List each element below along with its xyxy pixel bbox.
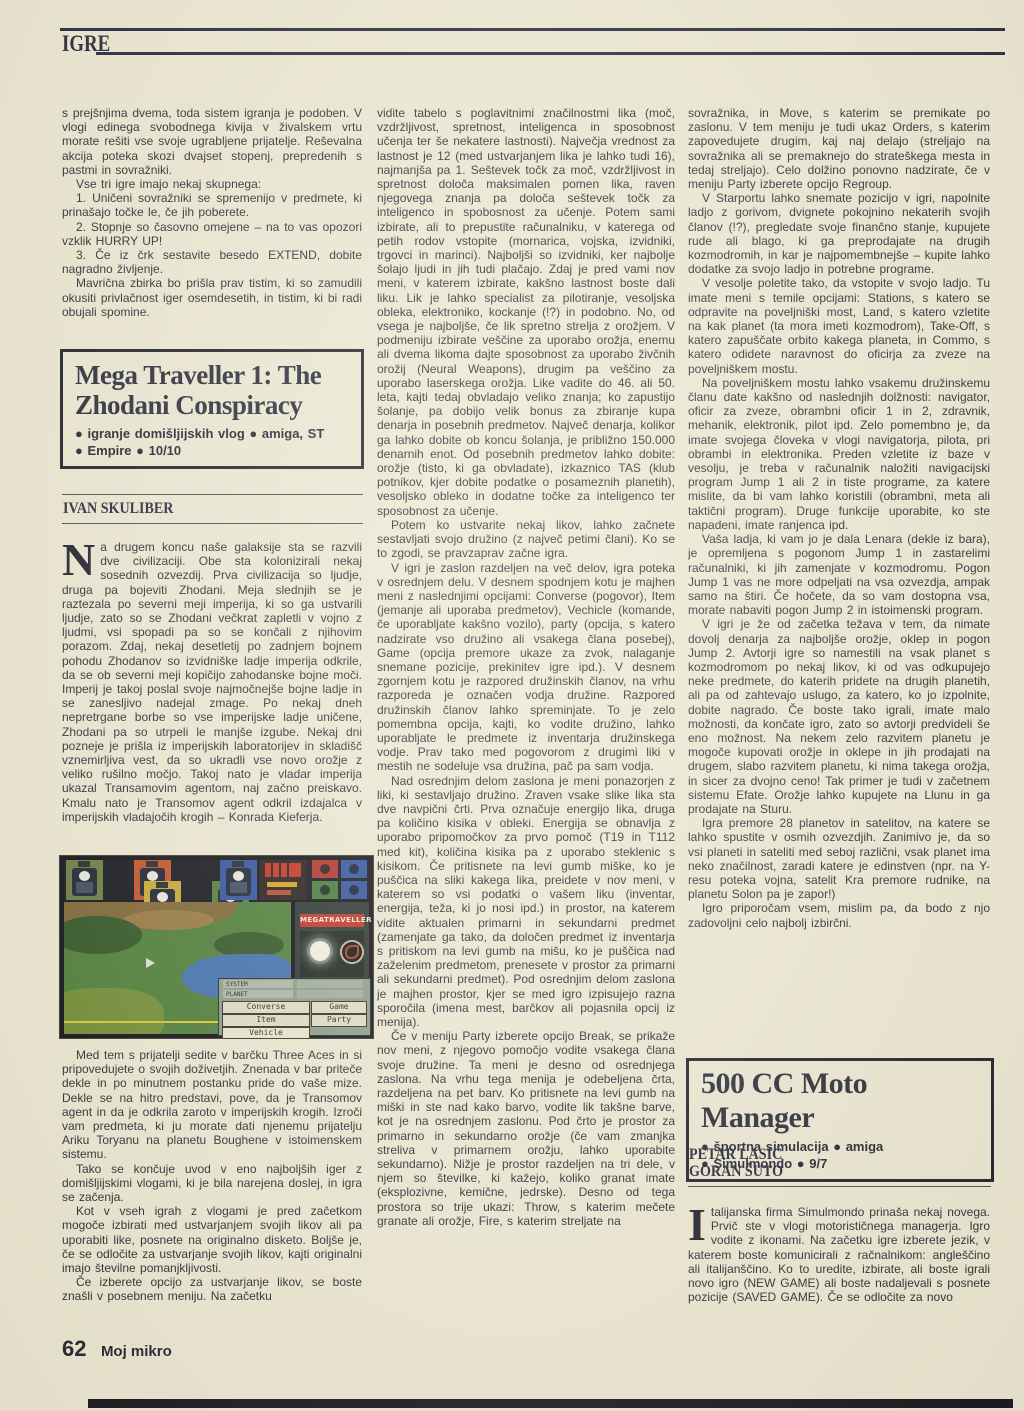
paragraph: Če izberete opcijo za ustvarjanje likov,… xyxy=(62,1275,362,1303)
article2-author1: PETAR LASIĆ xyxy=(689,1146,955,1163)
paragraph: Mavrična zbirka bo prišla prav tistim, k… xyxy=(62,276,362,319)
article1-title-box: Mega Traveller 1: The Zhodani Conspiracy… xyxy=(60,349,364,469)
header-rule-top xyxy=(60,28,1005,31)
status-row-system: SYSTEM xyxy=(221,980,366,989)
middle-column: vidite tabelo s poglavitnimi značilnostm… xyxy=(377,106,675,1338)
article2-author2: GORAN ŠUTO xyxy=(689,1163,955,1180)
page-number: 62 xyxy=(62,1336,86,1361)
article2-intro-text: talijanska firma Simulmondo prinaša neka… xyxy=(688,1205,990,1304)
menu-vehicle-button: Vehicle xyxy=(222,1027,310,1039)
game-logo-tile xyxy=(260,860,306,900)
article2-intro: Italijanska firma Simulmondo prinaša nek… xyxy=(688,1205,990,1373)
article1-title-line2: Zhodani Conspiracy xyxy=(75,390,351,420)
paragraph: Na poveljniškem mostu lahko vsakemu druž… xyxy=(688,376,990,532)
player-cursor-icon xyxy=(146,958,155,968)
paragraph: sovražnika, in Move, s katerim se premik… xyxy=(688,106,990,191)
game-menu: SYSTEM PLANET Converse Game Item Party V… xyxy=(218,978,371,1036)
strip-overlays xyxy=(64,860,369,900)
menu-party-button: Party xyxy=(311,1014,367,1027)
menu-game-button: Game xyxy=(311,1001,367,1014)
logo-bar-shape xyxy=(267,882,297,887)
header-rule-bottom xyxy=(96,52,1005,55)
paragraph: 1. Uničeni sovražniki se spremenijo v pr… xyxy=(62,191,362,219)
megatraveller-banner: MEGATRAVELLER xyxy=(300,914,364,927)
article1-dropcap: N xyxy=(62,540,100,578)
paragraph: vidite tabelo s poglavitnimi značilnostm… xyxy=(377,106,675,518)
system-value xyxy=(297,980,363,988)
paragraph: Nad osrednjim delom zaslona je meni pona… xyxy=(377,774,675,1030)
paragraph: Potem ko ustvarite nekaj likov, lahko za… xyxy=(377,518,675,561)
planet-value xyxy=(297,990,363,998)
grass-patch xyxy=(64,988,164,1034)
left-column-bottom: Med tem s prijatelji sedite v barčku Thr… xyxy=(62,1048,362,1330)
menu-item-button: Item xyxy=(222,1014,310,1027)
paragraph: Če v meniju Party izberete opcijo Break,… xyxy=(377,1029,675,1228)
paragraph: s prejšnjima dvema, toda sistem igranja … xyxy=(62,106,362,177)
paragraph: Vaša ladja, ki vam jo je dala Lenara (de… xyxy=(688,532,990,617)
instrument-display xyxy=(300,931,364,977)
right-column: sovražnika, in Move, s katerim se premik… xyxy=(688,106,990,1050)
corner-icon-tile xyxy=(312,881,338,899)
page-footer: 62 Moj mikro xyxy=(62,1336,172,1362)
magazine-page: IGRE s prejšnjima dvema, toda sistem igr… xyxy=(0,0,1024,1411)
article1-intro: Na drugem koncu naše galaksije sta se ra… xyxy=(62,540,362,848)
logo-letters-shape xyxy=(265,863,301,877)
planet-icon xyxy=(340,940,364,964)
corner-icon-tile xyxy=(341,881,367,899)
menu-converse-button: Converse xyxy=(222,1001,310,1014)
paragraph: 2. Stopnje so časovno omejene – na to va… xyxy=(62,220,362,248)
article2-dropcap: I xyxy=(688,1205,711,1243)
paragraph: Kot v vseh igrah z vlogami je pred začet… xyxy=(62,1204,362,1275)
paragraph: V igri je zaslon razdeljen na več delov,… xyxy=(377,561,675,774)
paragraph: V vesolje poletite tako, da vstopite v s… xyxy=(688,276,990,375)
paragraph: Igro priporočam vsem, mislim pa, da bodo… xyxy=(688,901,990,929)
paragraph: Tako se končuje uvod v eno najboljših ig… xyxy=(62,1162,362,1205)
article1-title-line1: Mega Traveller 1: The xyxy=(75,360,351,390)
article2-title: 500 CC Moto Manager xyxy=(701,1067,981,1135)
article1-meta-line2: ● Empire ● 10/10 xyxy=(75,442,351,459)
logo-bar-shape2 xyxy=(267,890,291,895)
system-label: SYSTEM xyxy=(223,980,293,988)
paragraph: Vse tri igre imajo nekaj skupnega: xyxy=(62,177,362,191)
magazine-name: Moj mikro xyxy=(101,1343,172,1360)
corner-tiles xyxy=(310,860,369,900)
article1-intro-text: a drugem koncu naše galaksije sta se raz… xyxy=(62,540,362,824)
article2-author-block: PETAR LASIĆ GORAN ŠUTO xyxy=(688,1146,991,1187)
status-row-planet: PLANET xyxy=(221,990,366,999)
article1-meta-line1: ● igranje domišljijskih vlog ● amiga, ST xyxy=(75,425,351,442)
left-column-intro: s prejšnjima dvema, toda sistem igranja … xyxy=(62,106,362,344)
paragraph: Igra premore 28 planetov in satelitov, n… xyxy=(688,816,990,901)
article1-author-name: IVAN SKULIBER xyxy=(63,500,327,517)
forest-patch xyxy=(64,916,142,954)
paragraph: V Starportu lahko snemate pozicijo v igr… xyxy=(688,191,990,276)
paragraph: Med tem s prijatelji sedite v barčku Thr… xyxy=(62,1048,362,1162)
corner-icon-tile xyxy=(312,860,338,878)
paragraph: 3. Če iz črk sestavite besedo EXTEND, do… xyxy=(62,248,362,276)
article1-author-block: IVAN SKULIBER xyxy=(62,494,363,524)
paragraph: V igri je že od začetka težava v tem, da… xyxy=(688,617,990,816)
game-screenshot: MEGATRAVELLER SYSTEM PLANET Converse Gam… xyxy=(60,856,373,1038)
sun-icon xyxy=(310,941,330,961)
scan-edge-band xyxy=(88,1399,1013,1408)
planet-label: PLANET xyxy=(223,990,293,998)
corner-icon-tile xyxy=(341,860,367,878)
